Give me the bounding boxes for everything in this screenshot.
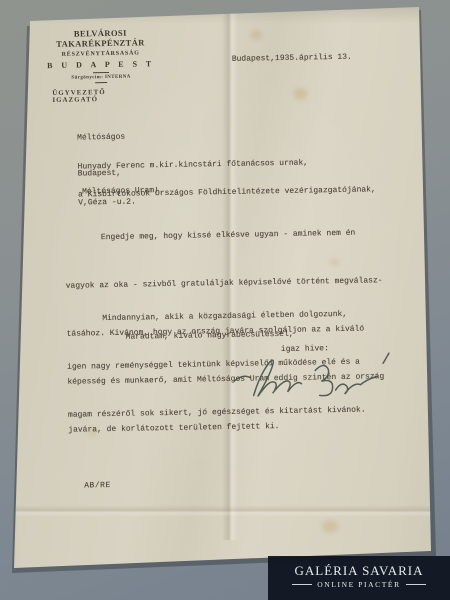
letterhead-rule	[93, 72, 109, 73]
recipient-line: Méltóságos	[77, 128, 375, 143]
body-line: Engedje meg, hogy kissé elkésve ugyan - …	[65, 225, 401, 247]
letterhead-company: BELVÁROSI TAKARÉKPÉNZTÁR	[35, 27, 165, 49]
letter-content: BELVÁROSI TAKARÉKPÉNZTÁR RÉSZVÉNYTÁRSASÁ…	[0, 0, 450, 600]
letterhead-telegram: Sürgönycím: INTERNA	[36, 74, 166, 81]
watermark-title: GALÉRIA SAVARIA	[268, 563, 450, 579]
address-line: Budapest,	[78, 169, 136, 180]
handwritten-signature-icon	[231, 347, 400, 411]
watermark-dash	[292, 584, 312, 585]
watermark-dash	[406, 584, 426, 585]
letter-photo: BELVÁROSI TAKARÉKPÉNZTÁR RÉSZVÉNYTÁRSASÁ…	[0, 0, 450, 600]
reference-initials: AB/RE	[84, 478, 111, 494]
letterhead: BELVÁROSI TAKARÉKPÉNZTÁR RÉSZVÉNYTÁRSASÁ…	[35, 27, 166, 84]
closing-line: Maradtam, kiváló nagyrabecsüléssel,	[126, 327, 294, 346]
watermark-subtitle: ONLINE PIACTÉR	[317, 580, 400, 589]
sender-title: ÜGYVEZETŐ IGAZGATÓ	[52, 88, 152, 104]
watermark-subtitle-row: ONLINE PIACTÉR	[268, 580, 450, 589]
letter-paper: BELVÁROSI TAKARÉKPÉNZTÁR RÉSZVÉNYTÁRSASÁ…	[0, 0, 450, 600]
letterhead-city: B U D A P E S T	[36, 59, 166, 70]
letterhead-rule-small	[95, 82, 107, 83]
letterhead-company-type: RÉSZVÉNYTÁRSASÁG	[36, 50, 166, 58]
dateline: Budapest,1935.április 13.	[232, 50, 352, 68]
body-line: Mindannyian, akik a közgazdasági életben…	[66, 306, 402, 328]
watermark-banner: GALÉRIA SAVARIA ONLINE PIACTÉR	[268, 556, 450, 600]
